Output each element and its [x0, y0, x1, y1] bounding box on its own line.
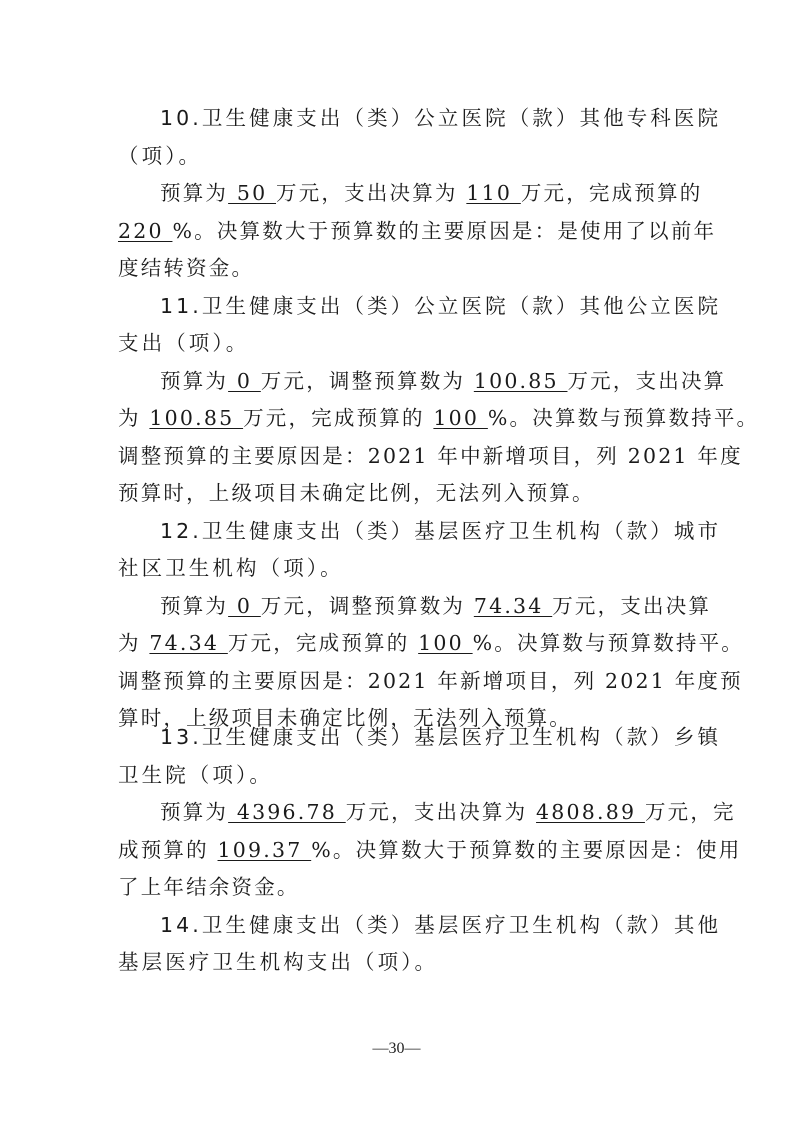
- text: 预算为: [160, 369, 228, 393]
- heading-text: 13.卫生健康支出（类）基层医疗卫生机构（款）乡镇: [160, 725, 721, 749]
- section-heading-cont: 社区卫生机构（项）。: [118, 549, 668, 587]
- completion-pct: 220: [118, 219, 172, 243]
- heading-text: 12.卫生健康支出（类）基层医疗卫生机构（款）城市: [160, 519, 721, 543]
- completion-pct: 100: [433, 406, 487, 430]
- body-line: 预算为 0 万元，调整预算数为 100.85 万元，支出决算: [160, 362, 668, 400]
- final-value: 100.85: [149, 406, 243, 430]
- body-line: 220 %。决算数大于预算数的主要原因是：是使用了以前年: [118, 212, 668, 250]
- body-line: 了上年结余资金。: [118, 868, 668, 906]
- body-line: 成预算的 109.37 %。决算数大于预算数的主要原因是：使用: [118, 831, 668, 869]
- section-heading: 11.卫生健康支出（类）公立医院（款）其他公立医院: [160, 287, 668, 325]
- heading-text: （项）。: [118, 144, 202, 168]
- budget-value: 4396.78: [228, 800, 346, 824]
- body-line: 度结转资金。: [118, 249, 668, 287]
- body-line: 调整预算的主要原因是：2021 年新增项目，列 2021 年度预: [118, 662, 668, 700]
- heading-text: 基层医疗卫生机构支出（项）。: [118, 950, 438, 974]
- text: 万元，完成预算的: [243, 406, 433, 430]
- completion-pct: 109.37: [218, 838, 312, 862]
- body-line: 预算为 0 万元，调整预算数为 74.34 万元，支出决算: [160, 587, 668, 625]
- section-heading-cont: （项）。: [118, 137, 668, 175]
- text: 万元，支出决算: [567, 369, 726, 393]
- heading-text: 社区卫生机构（项）。: [118, 556, 344, 580]
- text: 预算为: [160, 594, 228, 618]
- body-line: 为 100.85 万元，完成预算的 100 %。决算数与预算数持平。: [118, 399, 668, 437]
- budget-value: 0: [228, 594, 261, 618]
- text: %。决算数与预算数持平。: [488, 406, 759, 430]
- adjusted-budget-value: 100.85: [474, 369, 568, 393]
- text: %。决算数大于预算数的主要原因是：使用: [311, 838, 741, 862]
- section-heading: 10.卫生健康支出（类）公立医院（款）其他专科医院: [160, 99, 668, 137]
- final-value: 4808.89: [536, 800, 645, 824]
- page-number: —30—: [0, 1040, 793, 1058]
- document-page: 10.卫生健康支出（类）公立医院（款）其他专科医院 （项）。 预算为 50 万元…: [0, 0, 793, 1122]
- text: %。决算数与预算数持平。: [473, 631, 744, 655]
- final-value: 110: [466, 181, 520, 205]
- budget-value: 50: [228, 181, 276, 205]
- section-heading-cont: 卫生院（项）。: [118, 756, 668, 794]
- heading-text: 10.卫生健康支出（类）公立医院（款）其他专科医院: [160, 106, 721, 130]
- text: 万元，调整预算数为: [261, 594, 474, 618]
- text: 调整预算的主要原因是：2021 年新增项目，列 2021 年度预: [118, 669, 743, 693]
- body-line: 预算时，上级项目未确定比例，无法列入预算。: [118, 474, 668, 512]
- section-heading: 13.卫生健康支出（类）基层医疗卫生机构（款）乡镇: [160, 718, 668, 756]
- body-line: 调整预算的主要原因是：2021 年中新增项目，列 2021 年度: [118, 437, 668, 475]
- completion-pct: 100: [418, 631, 472, 655]
- text: 调整预算的主要原因是：2021 年中新增项目，列 2021 年度: [118, 444, 743, 468]
- text: 成预算的: [118, 838, 218, 862]
- text: 度结转资金。: [118, 256, 254, 280]
- body-line: 预算为 4396.78 万元，支出决算为 4808.89 万元，完: [160, 793, 668, 831]
- text: 预算为: [160, 181, 228, 205]
- text: 为: [118, 406, 149, 430]
- body-line: 预算为 50 万元，支出决算为 110 万元，完成预算的: [160, 174, 668, 212]
- budget-value: 0: [228, 369, 261, 393]
- heading-text: 14.卫生健康支出（类）基层医疗卫生机构（款）其他: [160, 913, 721, 937]
- text: 万元，调整预算数为: [261, 369, 474, 393]
- text: %。决算数大于预算数的主要原因是：是使用了以前年: [172, 219, 716, 243]
- section-heading: 14.卫生健康支出（类）基层医疗卫生机构（款）其他: [160, 906, 668, 944]
- text: 万元，完成预算的: [228, 631, 418, 655]
- text: 万元，支出决算: [552, 594, 711, 618]
- text: 预算为: [160, 800, 228, 824]
- text: 预算时，上级项目未确定比例，无法列入预算。: [118, 481, 595, 505]
- text: 了上年结余资金。: [118, 875, 300, 899]
- section-heading-cont: 基层医疗卫生机构支出（项）。: [118, 943, 668, 981]
- text: 为: [118, 631, 149, 655]
- text: 万元，支出决算为: [276, 181, 466, 205]
- section-heading-cont: 支出（项）。: [118, 324, 668, 362]
- text: 万元，完成预算的: [521, 181, 703, 205]
- final-value: 74.34: [149, 631, 227, 655]
- text: 万元，完: [645, 800, 736, 824]
- heading-text: 支出（项）。: [118, 331, 249, 355]
- section-heading: 12.卫生健康支出（类）基层医疗卫生机构（款）城市: [160, 512, 668, 550]
- body-line: 为 74.34 万元，完成预算的 100 %。决算数与预算数持平。: [118, 624, 668, 662]
- text: 万元，支出决算为: [346, 800, 536, 824]
- heading-text: 卫生院（项）。: [118, 763, 273, 787]
- heading-text: 11.卫生健康支出（类）公立医院（款）其他公立医院: [160, 294, 721, 318]
- adjusted-budget-value: 74.34: [474, 594, 552, 618]
